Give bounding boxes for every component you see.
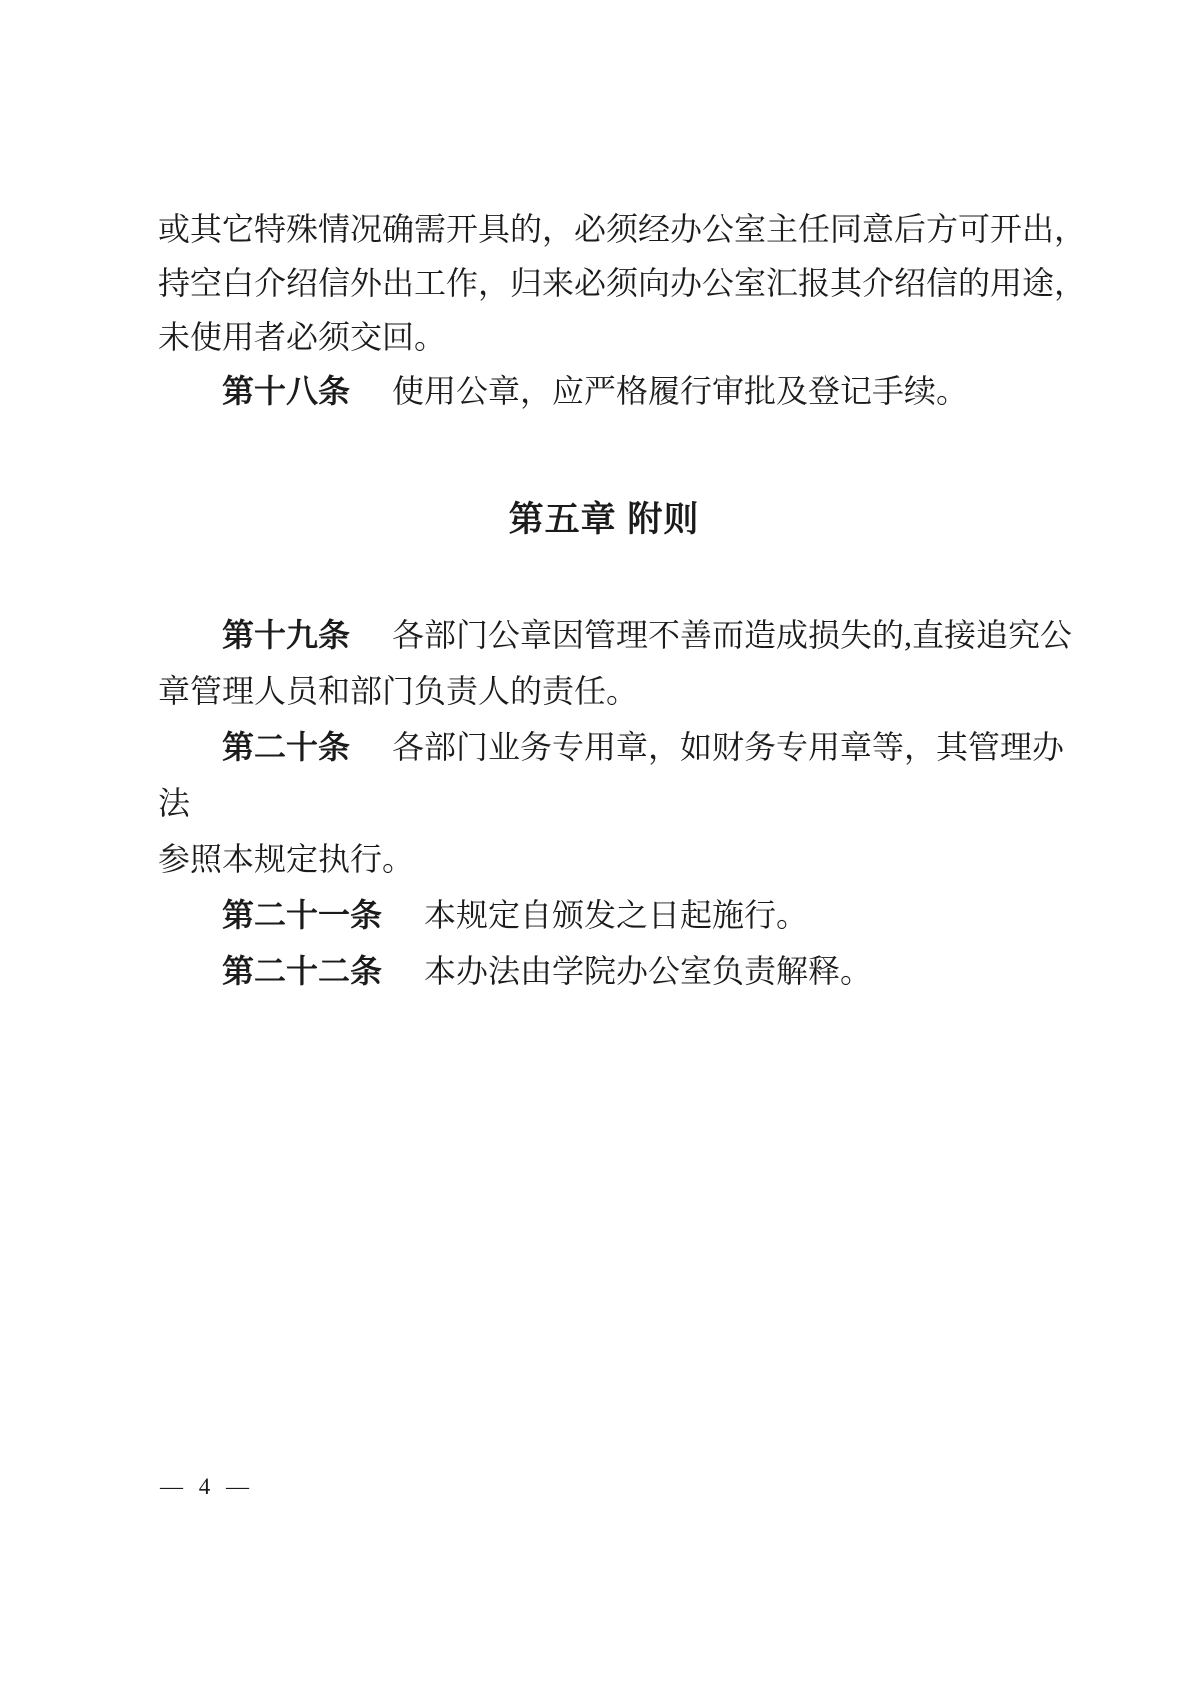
article-18: 第十八条使用公章，应严格履行审批及登记手续。 (158, 364, 1094, 418)
article-18-label: 第十八条 (222, 373, 350, 409)
article-19-label: 第十九条 (222, 617, 350, 653)
document-body: 或其它特殊情况确需开具的，必须经办公室主任同意后方可开出， 持空白介绍信外出工作… (158, 202, 1094, 999)
article-21-text: 本规定自颁发之日起施行。 (424, 897, 808, 933)
article-19-line-2: 章管理人员和部门负责人的责任。 (158, 663, 1094, 719)
article-20-line-1: 第二十条各部门业务专用章，如财务专用章等，其管理办法 (158, 719, 1094, 831)
article-19-line-1: 第十九条各部门公章因管理不善而造成损失的,直接追究公 (158, 607, 1094, 663)
article-22-label: 第二十二条 (222, 953, 382, 989)
article-21-label: 第二十一条 (222, 897, 382, 933)
continuation-line-2: 持空白介绍信外出工作，归来必须向办公室汇报其介绍信的用途， (158, 256, 1094, 310)
article-22-text: 本办法由学院办公室负责解释。 (424, 953, 872, 989)
chapter-5-heading: 第五章 附则 (136, 493, 1072, 547)
article-21: 第二十一条本规定自颁发之日起施行。 (158, 887, 1094, 943)
article-22: 第二十二条本办法由学院办公室负责解释。 (158, 943, 1094, 999)
chapter-5-body: 第十九条各部门公章因管理不善而造成损失的,直接追究公 章管理人员和部门负责人的责… (158, 607, 1094, 999)
continuation-line-3: 未使用者必须交回。 (158, 310, 1094, 364)
continuation-line-1: 或其它特殊情况确需开具的，必须经办公室主任同意后方可开出， (158, 202, 1094, 256)
document-page: 或其它特殊情况确需开具的，必须经办公室主任同意后方可开出， 持空白介绍信外出工作… (0, 0, 1191, 1684)
page-number: — 4 — (160, 1474, 254, 1500)
article-20-line-2: 参照本规定执行。 (158, 831, 1094, 887)
article-18-text: 使用公章，应严格履行审批及登记手续。 (392, 373, 968, 409)
article-20-label: 第二十条 (222, 729, 350, 765)
article-19-text-part-1: 各部门公章因管理不善而造成损失的,直接追究公 (392, 617, 1072, 653)
